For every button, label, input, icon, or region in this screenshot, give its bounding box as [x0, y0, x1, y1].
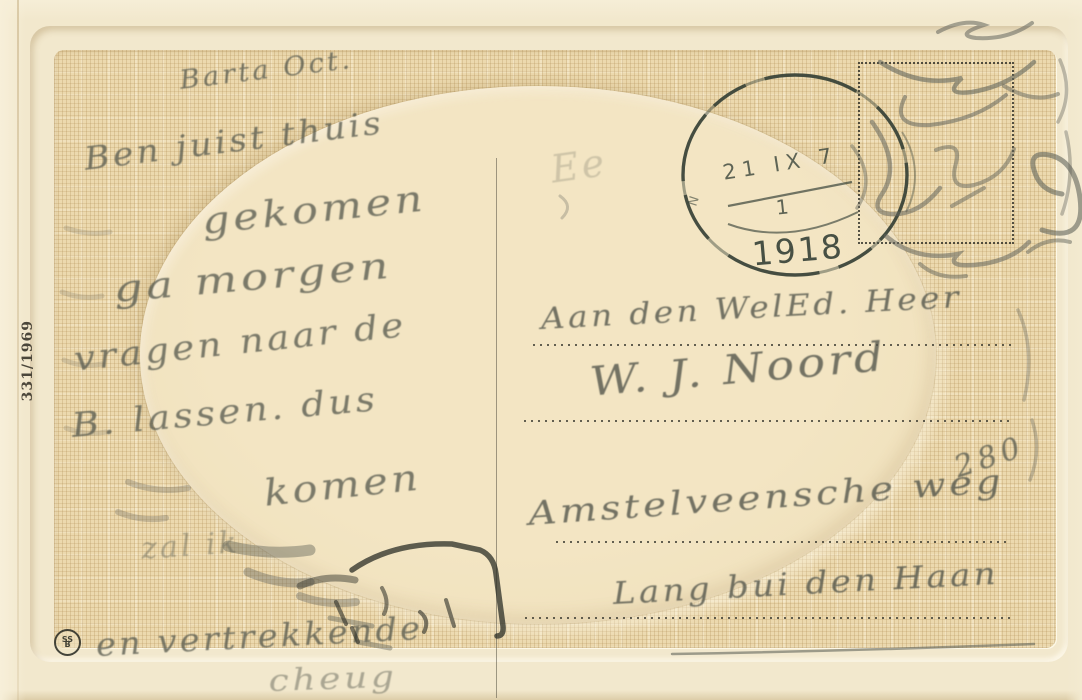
pencil-scribbles — [0, 0, 1082, 700]
ink-marks — [300, 544, 503, 642]
postcard-scan: Barta Oct. Ben juist thuis gekomen ga mo… — [0, 0, 1082, 700]
